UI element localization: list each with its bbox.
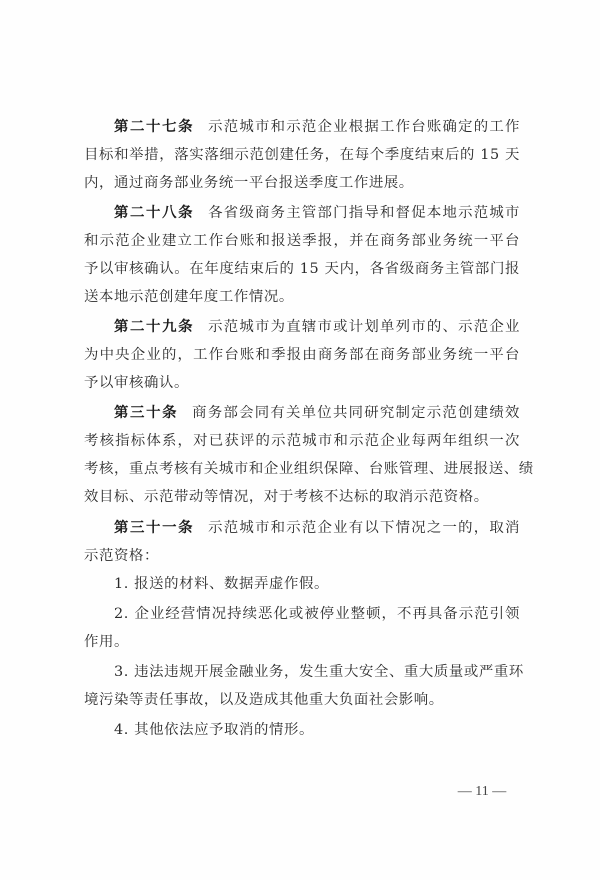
- article-heading: 第二十九条: [114, 318, 194, 335]
- article-30-line-1: 第三十条商务部会同有关单位共同研究制定示范创建绩效: [114, 399, 520, 427]
- article-heading: 第二十七条: [114, 118, 194, 135]
- article-30-line-2: 考核指标体系，对已获评的示范城市和示范企业每两年组织一次: [84, 427, 520, 455]
- article-27-line-2: 目标和举措，落实落细示范创建任务，在每个季度结束后的 15 天: [84, 141, 520, 169]
- list-item-3-line-1: 3. 违法违规开展金融业务，发生重大安全、重大质量或严重环: [114, 658, 520, 686]
- article-30-line-3: 考核，重点考核有关城市和企业组织保障、台账管理、进展报送、绩: [84, 455, 520, 483]
- article-30-line-4: 效目标、示范带动等情况，对于考核不达标的取消示范资格。: [84, 483, 520, 511]
- article-28-line-3: 予以审核确认。在年度结束后的 15 天内，各省级商务主管部门报: [84, 255, 520, 283]
- article-28-line-2: 和示范企业建立工作台账和报送季报，并在商务部业务统一平台: [84, 227, 520, 255]
- article-27-line-1: 第二十七条示范城市和示范企业根据工作台账确定的工作: [114, 113, 520, 141]
- page-number: — 11 —: [446, 780, 518, 804]
- list-item-2-line-1: 2. 企业经营情况持续恶化或被停业整顿，不再具备示范引领: [114, 600, 520, 628]
- list-item-1: 1. 报送的材料、数据弄虚作假。: [114, 570, 520, 598]
- article-29-line-1: 第二十九条示范城市为直辖市或计划单列市的、示范企业: [114, 313, 520, 341]
- article-28-line-4: 送本地示范创建年度工作情况。: [84, 283, 520, 311]
- article-heading: 第二十八条: [114, 204, 194, 221]
- list-item-2-line-2: 作用。: [84, 628, 520, 656]
- article-31-line-1: 第三十一条示范城市和示范企业有以下情况之一的，取消: [114, 514, 520, 542]
- article-29-line-3: 予以审核确认。: [84, 369, 520, 397]
- article-29-line-2: 为中央企业的，工作台账和季报由商务部在商务部业务统一平台: [84, 341, 520, 369]
- article-28-line-1: 第二十八条各省级商务主管部门指导和督促本地示范城市: [114, 199, 520, 227]
- article-heading: 第三十一条: [114, 519, 194, 536]
- article-27-line-3: 内，通过商务部业务统一平台报送季度工作进展。: [84, 169, 520, 197]
- article-heading: 第三十条: [114, 404, 178, 421]
- document-page: 第二十七条示范城市和示范企业根据工作台账确定的工作 目标和举措，落实落细示范创建…: [0, 0, 600, 880]
- article-31-line-2: 示范资格：: [84, 542, 520, 570]
- list-item-3-line-2: 境污染等责任事故，以及造成其他重大负面社会影响。: [84, 686, 520, 714]
- list-item-4: 4. 其他依法应予取消的情形。: [114, 716, 520, 744]
